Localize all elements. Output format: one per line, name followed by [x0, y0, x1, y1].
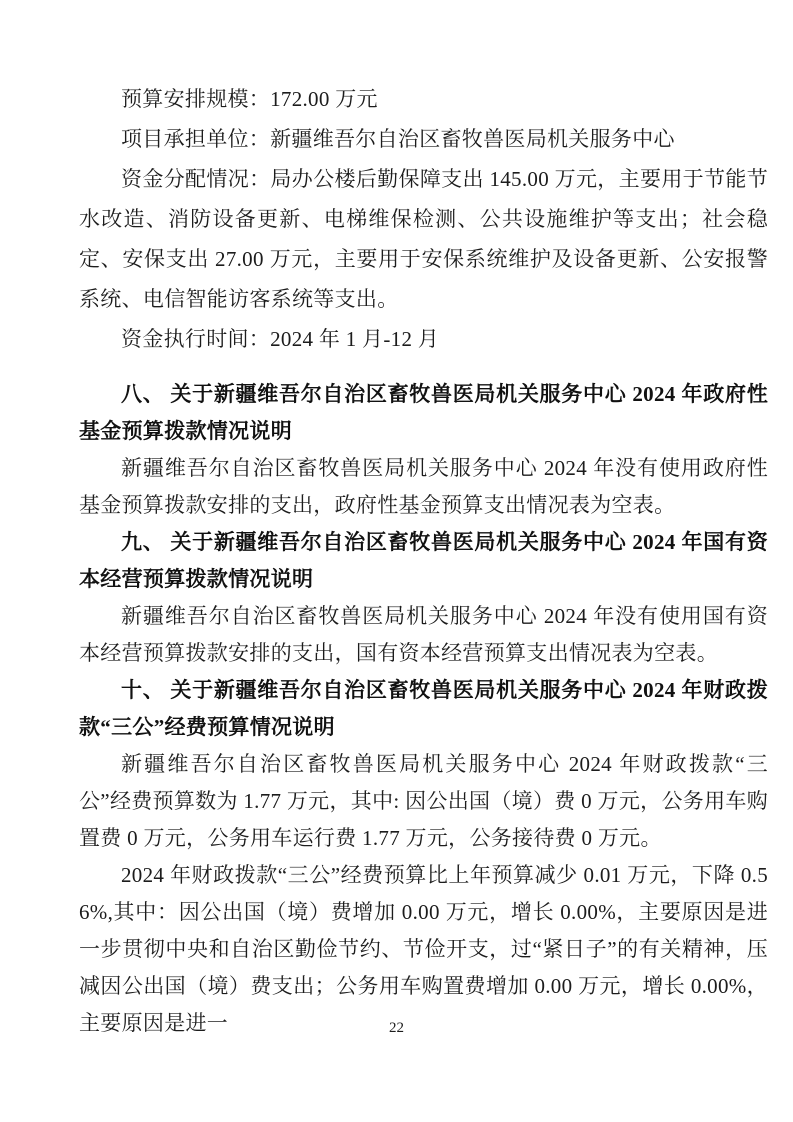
heading-section-8-government-fund: 八、 关于新疆维吾尔自治区畜牧兽医局机关服务中心 2024 年政府性基金预算拨款…: [79, 376, 768, 450]
para-budget-scale: 预算安排规模：172.00 万元: [79, 79, 768, 119]
heading-section-10-three-public-funds: 十、 关于新疆维吾尔自治区畜牧兽医局机关服务中心 2024 年财政拨款“三公”经…: [79, 672, 768, 746]
para-three-public-budget: 新疆维吾尔自治区畜牧兽医局机关服务中心 2024 年财政拨款“三公”经费预算数为…: [79, 746, 768, 857]
para-section-9-body: 新疆维吾尔自治区畜牧兽医局机关服务中心 2024 年没有使用国有资本经营预算拨款…: [79, 598, 768, 672]
page-number: 22: [0, 1020, 793, 1037]
para-project-unit: 项目承担单位：新疆维吾尔自治区畜牧兽医局机关服务中心: [79, 119, 768, 159]
para-section-8-body: 新疆维吾尔自治区畜牧兽医局机关服务中心 2024 年没有使用政府性基金预算拨款安…: [79, 450, 768, 524]
document-content: 预算安排规模：172.00 万元 项目承担单位：新疆维吾尔自治区畜牧兽医局机关服…: [79, 79, 768, 1042]
para-three-public-comparison: 2024 年财政拨款“三公”经费预算比上年预算减少 0.01 万元，下降 0.5…: [79, 857, 768, 1042]
heading-section-9-state-capital: 九、 关于新疆维吾尔自治区畜牧兽医局机关服务中心 2024 年国有资本经营预算拨…: [79, 524, 768, 598]
document-page: 预算安排规模：172.00 万元 项目承担单位：新疆维吾尔自治区畜牧兽医局机关服…: [0, 0, 793, 1122]
para-execution-time: 资金执行时间：2024 年 1 月-12 月: [79, 319, 768, 359]
para-fund-allocation: 资金分配情况：局办公楼后勤保障支出 145.00 万元，主要用于节能节水改造、消…: [79, 159, 768, 319]
